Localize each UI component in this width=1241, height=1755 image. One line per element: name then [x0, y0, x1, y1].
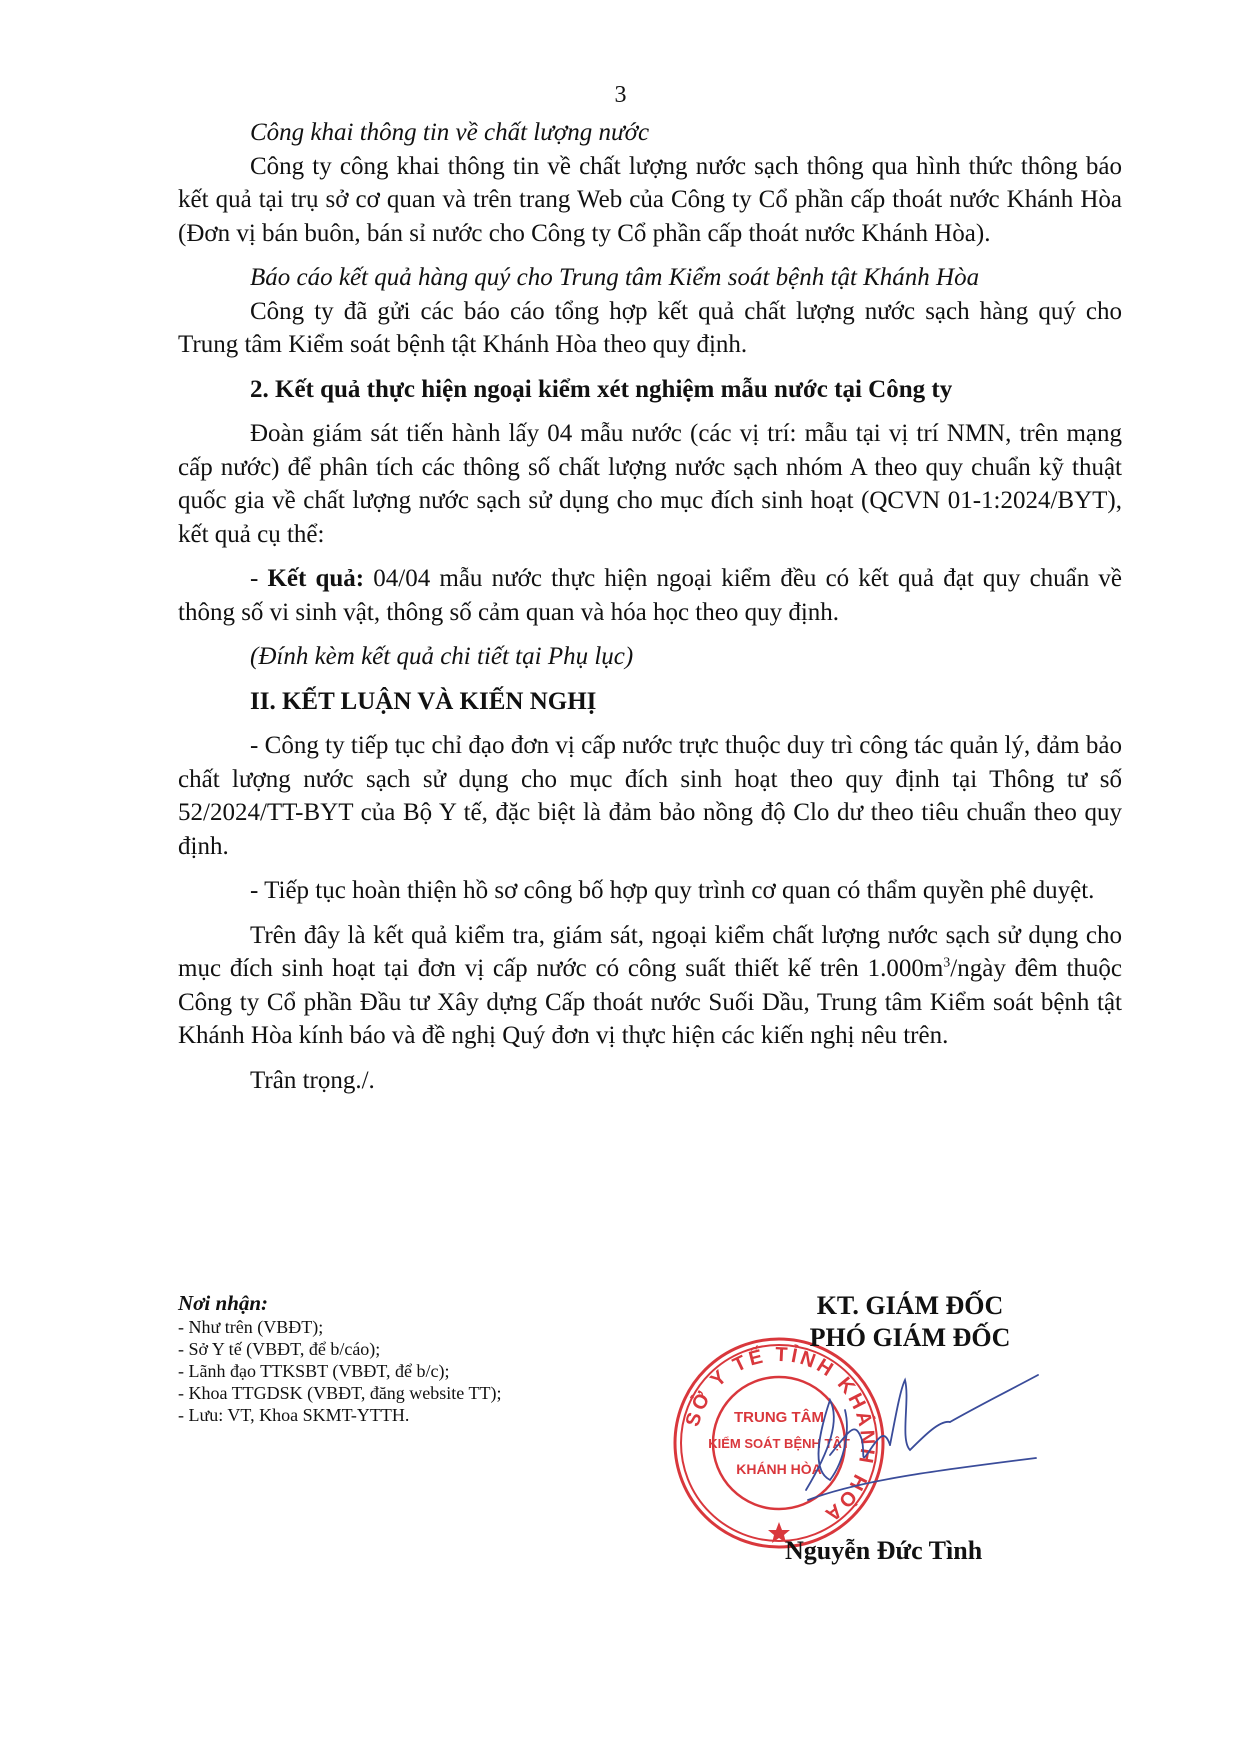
paragraph-quarterly-report: Công ty đã gửi các báo cáo tổng hợp kết … — [178, 295, 1122, 362]
result-label: Kết quả: — [267, 565, 364, 592]
regards: Trân trọng./. — [178, 1064, 1122, 1098]
paragraph-closing: Trên đây là kết quả kiểm tra, giám sát, … — [178, 919, 1122, 1053]
page-number: 3 — [0, 82, 1241, 109]
attachment-note: (Đính kèm kết quả chi tiết tại Phụ lục) — [178, 640, 1122, 674]
signer-name: Nguyễn Đức Tình — [785, 1536, 982, 1566]
result-prefix: - — [250, 565, 267, 592]
recipients-title: Nơi nhận: — [178, 1290, 501, 1316]
paragraph-public-info: Công ty công khai thông tin về chất lượn… — [178, 150, 1122, 251]
heading-section-II: II. KẾT LUẬN VÀ KIẾN NGHỊ — [178, 685, 1122, 719]
recipient-item: - Khoa TTGDSK (VBĐT, đăng website TT); — [178, 1382, 501, 1404]
recommendation-1: - Công ty tiếp tục chỉ đạo đơn vị cấp nư… — [178, 729, 1122, 863]
recipient-item: - Sở Y tế (VBĐT, để b/cáo); — [178, 1338, 501, 1360]
signature-title-line1: KT. GIÁM ĐỐC — [760, 1290, 1060, 1322]
subheading-public-info: Công khai thông tin về chất lượng nước — [178, 116, 1122, 150]
recipient-item: - Lãnh đạo TTKSBT (VBĐT, để b/c); — [178, 1360, 501, 1382]
handwritten-signature-icon — [800, 1360, 1040, 1510]
recipients-block: Nơi nhận: - Như trên (VBĐT); - Sở Y tế (… — [178, 1290, 501, 1426]
paragraph-result: - Kết quả: 04/04 mẫu nước thực hiện ngoạ… — [178, 562, 1122, 629]
recommendation-2: - Tiếp tục hoàn thiện hồ sơ công bố hợp … — [178, 874, 1122, 908]
signature-title-line2: PHÓ GIÁM ĐỐC — [760, 1322, 1060, 1354]
paragraph-sampling: Đoàn giám sát tiến hành lấy 04 mẫu nước … — [178, 417, 1122, 551]
subheading-quarterly-report: Báo cáo kết quả hàng quý cho Trung tâm K… — [178, 261, 1122, 295]
document-body: Công khai thông tin về chất lượng nước C… — [178, 116, 1122, 1108]
signature-title-block: KT. GIÁM ĐỐC PHÓ GIÁM ĐỐC — [760, 1290, 1060, 1354]
heading-section-2: 2. Kết quả thực hiện ngoại kiểm xét nghi… — [178, 373, 1122, 407]
recipient-item: - Lưu: VT, Khoa SKMT-YTTH. — [178, 1404, 501, 1426]
recipient-item: - Như trên (VBĐT); — [178, 1316, 501, 1338]
